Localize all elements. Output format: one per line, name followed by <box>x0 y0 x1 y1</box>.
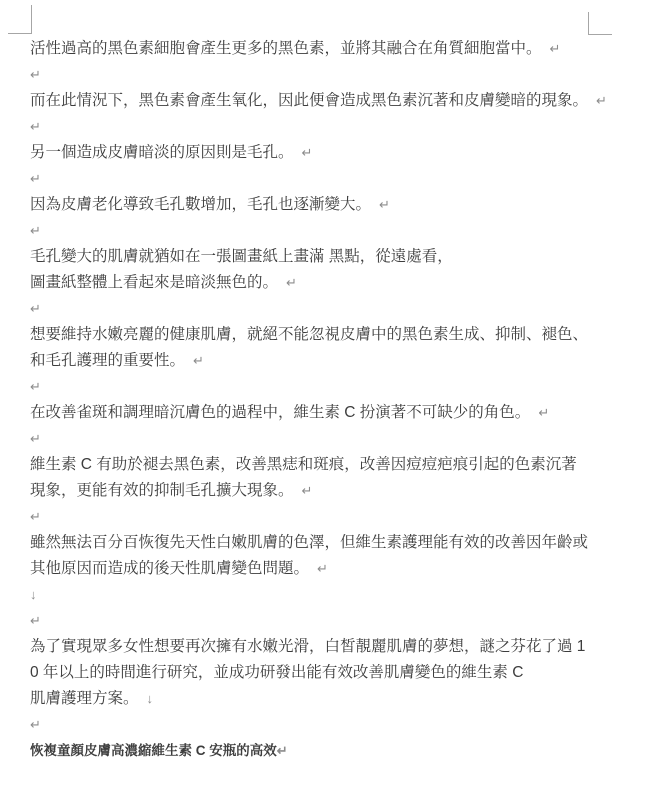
text-line[interactable]: ↵ <box>30 426 610 452</box>
pilcrow-mark: ↵ <box>30 431 41 446</box>
text-line[interactable]: 為了實現眾多女性想要再次擁有水嫩光滑，白皙靚麗肌膚的夢想，謎之芬花了過 1 <box>30 634 610 660</box>
text-line[interactable]: 0 年以上的時間進行研究，並成功研發出能有效改善肌膚變色的維生素 C <box>30 660 610 686</box>
text-line[interactable]: 另一個造成皮膚暗淡的原因則是毛孔。↵ <box>30 140 610 166</box>
text-line[interactable]: 現象，更能有效的抑制毛孔擴大現象。↵ <box>30 478 610 504</box>
text-line[interactable]: 恢複童顏皮膚高濃縮維生素 C 安瓶的高效↵ <box>30 738 610 764</box>
pilcrow-mark: ↵ <box>30 119 41 134</box>
line-text: 活性過高的黑色素細胞會產生更多的黑色素，並將其融合在角質細胞當中。 <box>30 40 542 57</box>
text-line[interactable]: ↵ <box>30 62 610 88</box>
text-line[interactable]: ↵ <box>30 114 610 140</box>
text-line[interactable]: ↵ <box>30 296 610 322</box>
pilcrow-mark: ↵ <box>30 509 41 524</box>
text-line[interactable]: 因為皮膚老化導致毛孔數增加，毛孔也逐漸變大。↵ <box>30 192 610 218</box>
line-text: 在改善雀斑和調理暗沉膚色的過程中，維生素 C 扮演著不可缺少的角色。 <box>30 404 530 421</box>
pilcrow-mark: ↵ <box>379 197 390 212</box>
pilcrow-mark: ↵ <box>30 301 41 316</box>
line-text: 現象，更能有效的抑制毛孔擴大現象。 <box>30 482 294 499</box>
text-line[interactable]: 活性過高的黑色素細胞會產生更多的黑色素，並將其融合在角質細胞當中。↵ <box>30 36 610 62</box>
pilcrow-mark: ↵ <box>302 483 313 498</box>
line-text: 和毛孔護理的重要性。 <box>30 352 185 369</box>
line-text: 想要維持水嫩亮麗的健康肌膚，就絕不能忽視皮膚中的黑色素生成、抑制、褪色、 <box>30 326 588 343</box>
pilcrow-mark: ↵ <box>302 145 313 160</box>
boundary-line-vertical <box>31 5 32 34</box>
line-text: 肌膚護理方案。 <box>30 690 139 707</box>
text-line[interactable]: ↵ <box>30 608 610 634</box>
line-text: 圖畫紙整體上看起來是暗淡無色的。 <box>30 274 278 291</box>
pilcrow-mark: ↵ <box>550 41 561 56</box>
text-line[interactable]: ↵ <box>30 712 610 738</box>
line-text: 毛孔變大的肌膚就猶如在一張圖畫紙上畫滿 黑點，從遠處看， <box>30 248 453 265</box>
text-line[interactable]: 想要維持水嫩亮麗的健康肌膚，就絕不能忽視皮膚中的黑色素生成、抑制、褪色、 <box>30 322 610 348</box>
pilcrow-mark: ↵ <box>30 223 41 238</box>
pilcrow-mark: ↵ <box>30 717 41 732</box>
pilcrow-mark: ↵ <box>30 613 41 628</box>
document-page[interactable]: 活性過高的黑色素細胞會產生更多的黑色素，並將其融合在角質細胞當中。↵↵而在此情況… <box>0 0 645 795</box>
boundary-line-vertical <box>588 12 589 35</box>
pilcrow-mark: ↵ <box>277 743 288 758</box>
pilcrow-mark: ↵ <box>596 93 607 108</box>
text-line[interactable]: ↵ <box>30 218 610 244</box>
line-break-mark: ↓ <box>147 691 154 706</box>
line-text: 恢複童顏皮膚高濃縮維生素 C 安瓶的高效 <box>30 743 277 758</box>
text-line[interactable]: 其他原因而造成的後天性肌膚變色問題。↵ <box>30 556 610 582</box>
text-line[interactable]: 在改善雀斑和調理暗沉膚色的過程中，維生素 C 扮演著不可缺少的角色。↵ <box>30 400 610 426</box>
text-line[interactable]: 毛孔變大的肌膚就猶如在一張圖畫紙上畫滿 黑點，從遠處看， <box>30 244 610 270</box>
document-content[interactable]: 活性過高的黑色素細胞會產生更多的黑色素，並將其融合在角質細胞當中。↵↵而在此情況… <box>30 36 610 764</box>
line-text: 因為皮膚老化導致毛孔數增加，毛孔也逐漸變大。 <box>30 196 371 213</box>
line-text: 而在此情況下，黑色素會產生氧化，因此便會造成黑色素沉著和皮膚變暗的現象。 <box>30 92 588 109</box>
line-text: 另一個造成皮膚暗淡的原因則是毛孔。 <box>30 144 294 161</box>
line-text: 維生素 C 有助於褪去黑色素，改善黑痣和斑痕，改善因痘痘疤痕引起的色素沉著 <box>30 456 577 473</box>
text-line[interactable]: ↵ <box>30 374 610 400</box>
boundary-line-horizontal <box>588 34 612 35</box>
text-line[interactable]: 肌膚護理方案。↓ <box>30 686 610 712</box>
pilcrow-mark: ↵ <box>317 561 328 576</box>
text-line[interactable]: 圖畫紙整體上看起來是暗淡無色的。↵ <box>30 270 610 296</box>
pilcrow-mark: ↵ <box>193 353 204 368</box>
text-line[interactable]: 維生素 C 有助於褪去黑色素，改善黑痣和斑痕，改善因痘痘疤痕引起的色素沉著 <box>30 452 610 478</box>
line-text: 0 年以上的時間進行研究，並成功研發出能有效改善肌膚變色的維生素 C <box>30 664 523 681</box>
text-line[interactable]: ↓ <box>30 582 610 608</box>
line-text: 雖然無法百分百恢復先天性白嫩肌膚的色澤，但維生素護理能有效的改善因年齡或 <box>30 534 588 551</box>
text-line[interactable]: 和毛孔護理的重要性。↵ <box>30 348 610 374</box>
line-text: 其他原因而造成的後天性肌膚變色問題。 <box>30 560 309 577</box>
line-break-mark: ↓ <box>30 587 37 602</box>
line-text: 為了實現眾多女性想要再次擁有水嫩光滑，白皙靚麗肌膚的夢想，謎之芬花了過 1 <box>30 638 585 655</box>
text-line[interactable]: ↵ <box>30 504 610 530</box>
pilcrow-mark: ↵ <box>538 405 549 420</box>
text-line[interactable]: ↵ <box>30 166 610 192</box>
boundary-line-horizontal <box>8 33 31 34</box>
pilcrow-mark: ↵ <box>30 379 41 394</box>
pilcrow-mark: ↵ <box>286 275 297 290</box>
text-line[interactable]: 雖然無法百分百恢復先天性白嫩肌膚的色澤，但維生素護理能有效的改善因年齡或 <box>30 530 610 556</box>
pilcrow-mark: ↵ <box>30 67 41 82</box>
pilcrow-mark: ↵ <box>30 171 41 186</box>
text-line[interactable]: 而在此情況下，黑色素會產生氧化，因此便會造成黑色素沉著和皮膚變暗的現象。↵ <box>30 88 610 114</box>
